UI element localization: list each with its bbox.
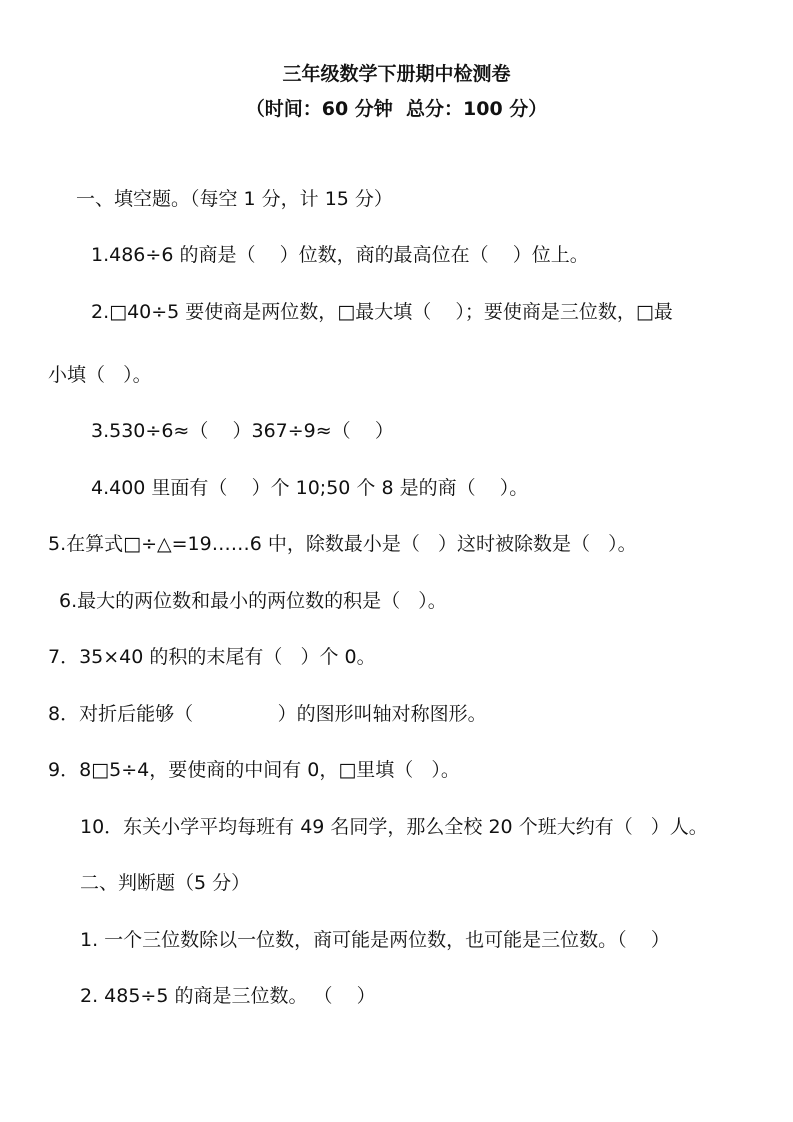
question-3: 3.530÷6≈（ ）367÷9≈（ ） (91, 419, 394, 443)
question-5: 5.在算式□÷△=19……6 中，除数最小是（ ）这时被除数是（ ）。 (48, 532, 637, 556)
question-2-continued: 小填（ ）。 (48, 363, 152, 387)
tf-question-1: 1. 一个三位数除以一位数，商可能是两位数，也可能是三位数。（ ） (80, 928, 670, 952)
question-8: 8．对折后能够（ ）的图形叫轴对称图形。 (48, 702, 487, 726)
section-heading-true-false: 二、判断题（5 分） (80, 871, 250, 895)
question-1: 1.486÷6 的商是（ ）位数，商的最高位在（ ）位上。 (91, 243, 589, 267)
page-subtitle: （时间：60 分钟 总分：100 分） (0, 97, 793, 121)
question-4: 4.400 里面有（ ）个 10;50 个 8 是的商（ ）。 (91, 476, 528, 500)
question-6: 6.最大的两位数和最小的两位数的积是（ ）。 (59, 589, 447, 613)
tf-question-2: 2. 485÷5 的商是三位数。 （ ） (80, 984, 376, 1008)
question-10: 10．东关小学平均每班有 49 名同学，那么全校 20 个班大约有（ ）人。 (80, 815, 708, 839)
question-7: 7．35×40 的积的末尾有（ ）个 0。 (48, 645, 376, 669)
question-9: 9．8□5÷4，要使商的中间有 0，□里填（ ）。 (48, 758, 460, 782)
page-title: 三年级数学下册期中检测卷 (0, 62, 793, 86)
section-heading-fill-blank: 一、填空题。（每空 1 分，计 15 分） (76, 187, 393, 211)
question-2: 2.□40÷5 要使商是两位数，□最大填（ ）；要使商是三位数，□最 (91, 300, 673, 324)
